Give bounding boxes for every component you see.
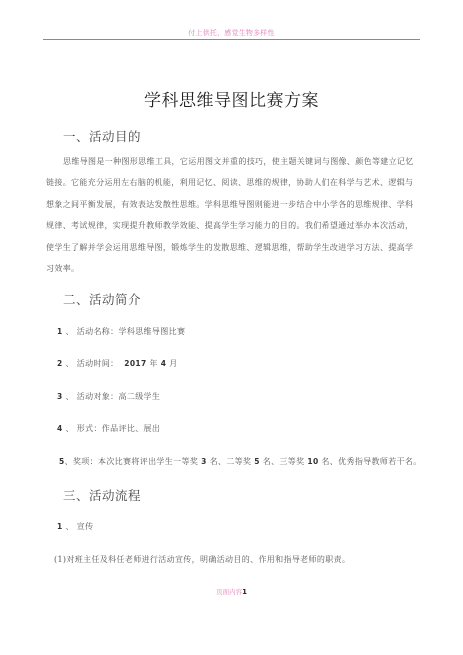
paragraph-line: 链接。它能充分运用左右脑的机能，利用记忆、阅读、思维的规律，协助人们在科学与艺术… xyxy=(46,172,420,193)
item-separator: 、 xyxy=(65,359,73,368)
month-unit: 月 xyxy=(169,359,177,368)
item-number: (1) xyxy=(54,555,66,564)
item-number: 4 xyxy=(57,424,63,433)
item-label: 活动时间： xyxy=(77,359,119,368)
item-separator: 、 xyxy=(65,392,73,401)
item-text: 宣传 xyxy=(77,522,94,531)
item-text: 形式：作品评比、展出 xyxy=(77,424,161,433)
list-item-promotion: 1 、 宣传 xyxy=(57,521,93,532)
paragraph-line: 使学生了解并学会运用思维导图，锻炼学生的发散思维、逻辑思维，帮助学生改进学习方法… xyxy=(46,237,420,258)
document-page: 付上供托，感觉生物多样性 学科思维导图比赛方案 一、活动目的 思维导图是一种图形… xyxy=(0,0,463,655)
list-item-target: 3 、 活动对象：高二级学生 xyxy=(57,391,160,402)
header-divider xyxy=(43,39,420,40)
second-prize-count: 5 xyxy=(254,457,260,466)
item-text: 名、三等奖 xyxy=(263,457,305,466)
item-separator: 、 xyxy=(65,424,73,433)
section-heading-purpose: 一、活动目的 xyxy=(63,127,141,145)
item-label: 奖项：本次比赛将评出学生一等奖 xyxy=(73,457,198,466)
page-footer: 页面内容1 xyxy=(0,587,463,596)
list-item-awards: 5、奖项：本次比赛将评出学生一等奖 3 名、二等奖 5 名、三等奖 10 名、优… xyxy=(59,456,422,467)
item-number: 1 xyxy=(57,522,63,531)
item-separator: 、 xyxy=(65,522,73,531)
item-text: 活动对象：高二级学生 xyxy=(77,392,161,401)
item-separator: 、 xyxy=(65,327,73,336)
item-text: 名、优秀指导教师若干名。 xyxy=(321,457,421,466)
first-prize-count: 3 xyxy=(201,457,207,466)
item-separator: 、 xyxy=(65,457,73,466)
paragraph-line: 想象之间平衡发展，有效表达发散性思维。学科思维导图则能进一步结合中小学各的思维规… xyxy=(46,194,420,215)
list-item-format: 4 、 形式：作品评比、展出 xyxy=(57,423,160,434)
paragraph-line: 习效率。 xyxy=(46,258,420,279)
item-number: 1 xyxy=(57,327,63,336)
purpose-paragraph: 思维导图是一种图形思维工具，它运用图文并重的技巧，使主题关键词与图像、颜色等建立… xyxy=(46,151,420,279)
list-item-activity-time: 2 、 活动时间： 2017 年 4 月 xyxy=(57,358,178,369)
item-text: 对班主任及科任老师进行活动宣传，明确活动目的、作用和指导老师的职责。 xyxy=(66,555,350,564)
document-title: 学科思维导图比赛方案 xyxy=(0,86,463,111)
item-number: 3 xyxy=(57,392,63,401)
list-item-activity-name: 1 、 活动名称：学科思维导图比赛 xyxy=(57,326,185,337)
item-text: 名、二等奖 xyxy=(210,457,252,466)
year-unit: 年 xyxy=(149,359,157,368)
page-header-text: 付上供托，感觉生物多样性 xyxy=(0,28,463,38)
paragraph-line: 规律、考试规律，实现提升教师教学效能、提高学生学习能力的目的。我们希望通过举办本… xyxy=(46,215,420,236)
section-heading-overview: 二、活动简介 xyxy=(63,290,141,308)
paragraph-line: 思维导图是一种图形思维工具，它运用图文并重的技巧，使主题关键词与图像、颜色等建立… xyxy=(46,151,420,172)
page-number: 1 xyxy=(242,588,247,596)
section-heading-process: 三、活动流程 xyxy=(63,486,141,504)
list-item-promotion-step-1: (1)对班主任及科任老师进行活动宣传，明确活动目的、作用和指导老师的职责。 xyxy=(54,554,350,565)
item-text: 活动名称：学科思维导图比赛 xyxy=(77,327,186,336)
third-prize-count: 10 xyxy=(307,457,318,466)
year-value: 2017 xyxy=(124,359,146,368)
footer-text: 页面内容 xyxy=(216,588,242,596)
item-number: 2 xyxy=(57,359,63,368)
month-value: 4 xyxy=(161,359,167,368)
